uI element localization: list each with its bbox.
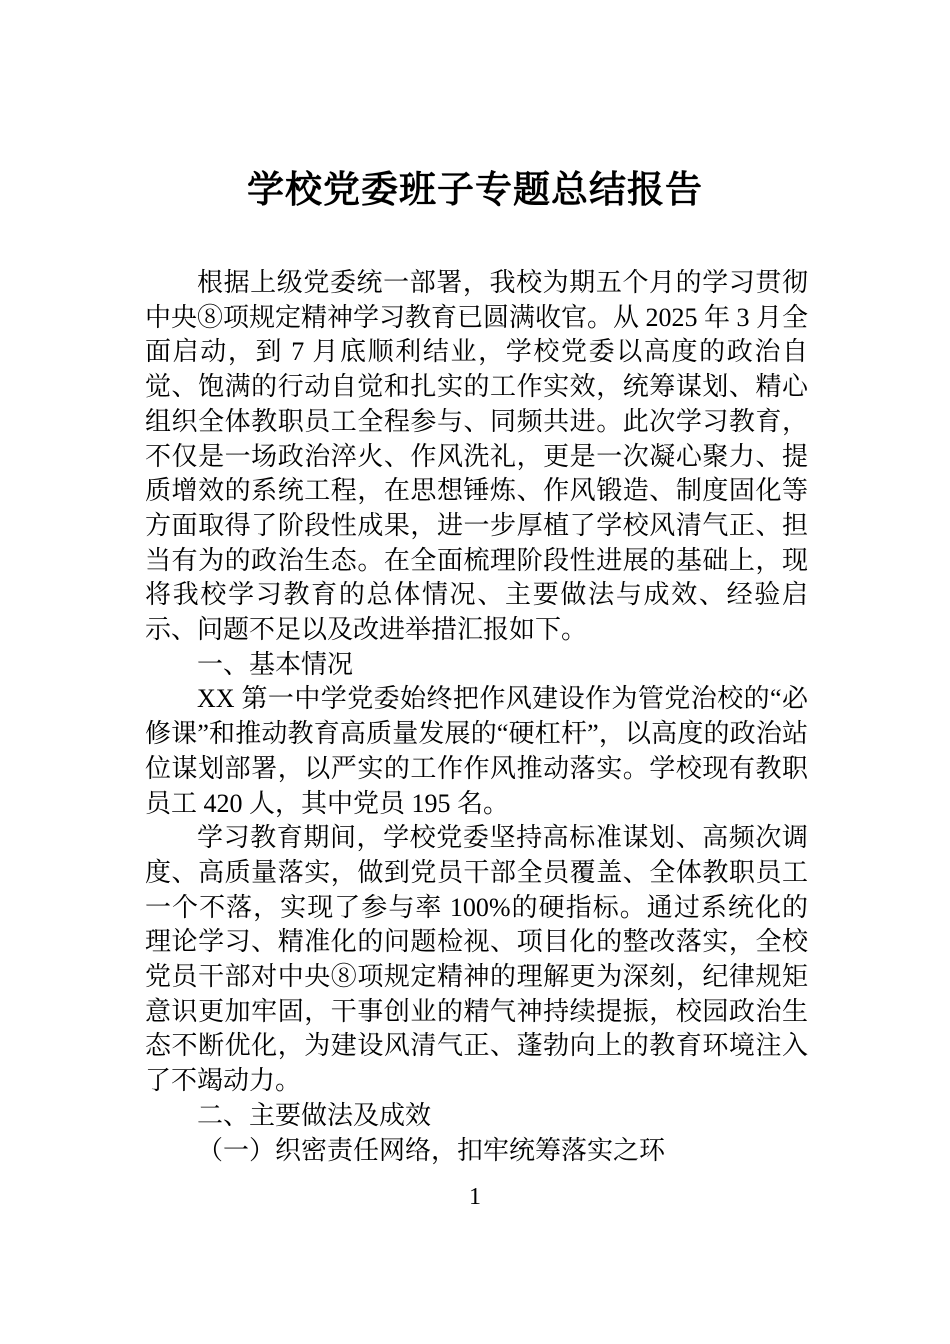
section-heading-main-practices: 二、主要做法及成效 [145,1099,808,1134]
paragraph-school-overview: XX 第一中学党委始终把作风建设作为管党治校的“必修课”和推动教育高质量发展的“… [145,682,808,821]
document-page: 学校党委班子专题总结报告 根据上级党委统一部署，我校为期五个月的学习贯彻中央⑧项… [0,0,950,1344]
document-body: 根据上级党委统一部署，我校为期五个月的学习贯彻中央⑧项规定精神学习教育已圆满收官… [145,266,808,1168]
section-heading-basic-info: 一、基本情况 [145,648,808,683]
page-number: 1 [0,1182,950,1212]
document-title: 学校党委班子专题总结报告 [0,0,950,214]
subsection-heading-responsibility-network: （一）织密责任网络，扣牢统筹落实之环 [145,1134,808,1169]
paragraph-education-period: 学习教育期间，学校党委坚持高标准谋划、高频次调度、高质量落实，做到党员干部全员覆… [145,821,808,1099]
paragraph-intro: 根据上级党委统一部署，我校为期五个月的学习贯彻中央⑧项规定精神学习教育已圆满收官… [145,266,808,648]
